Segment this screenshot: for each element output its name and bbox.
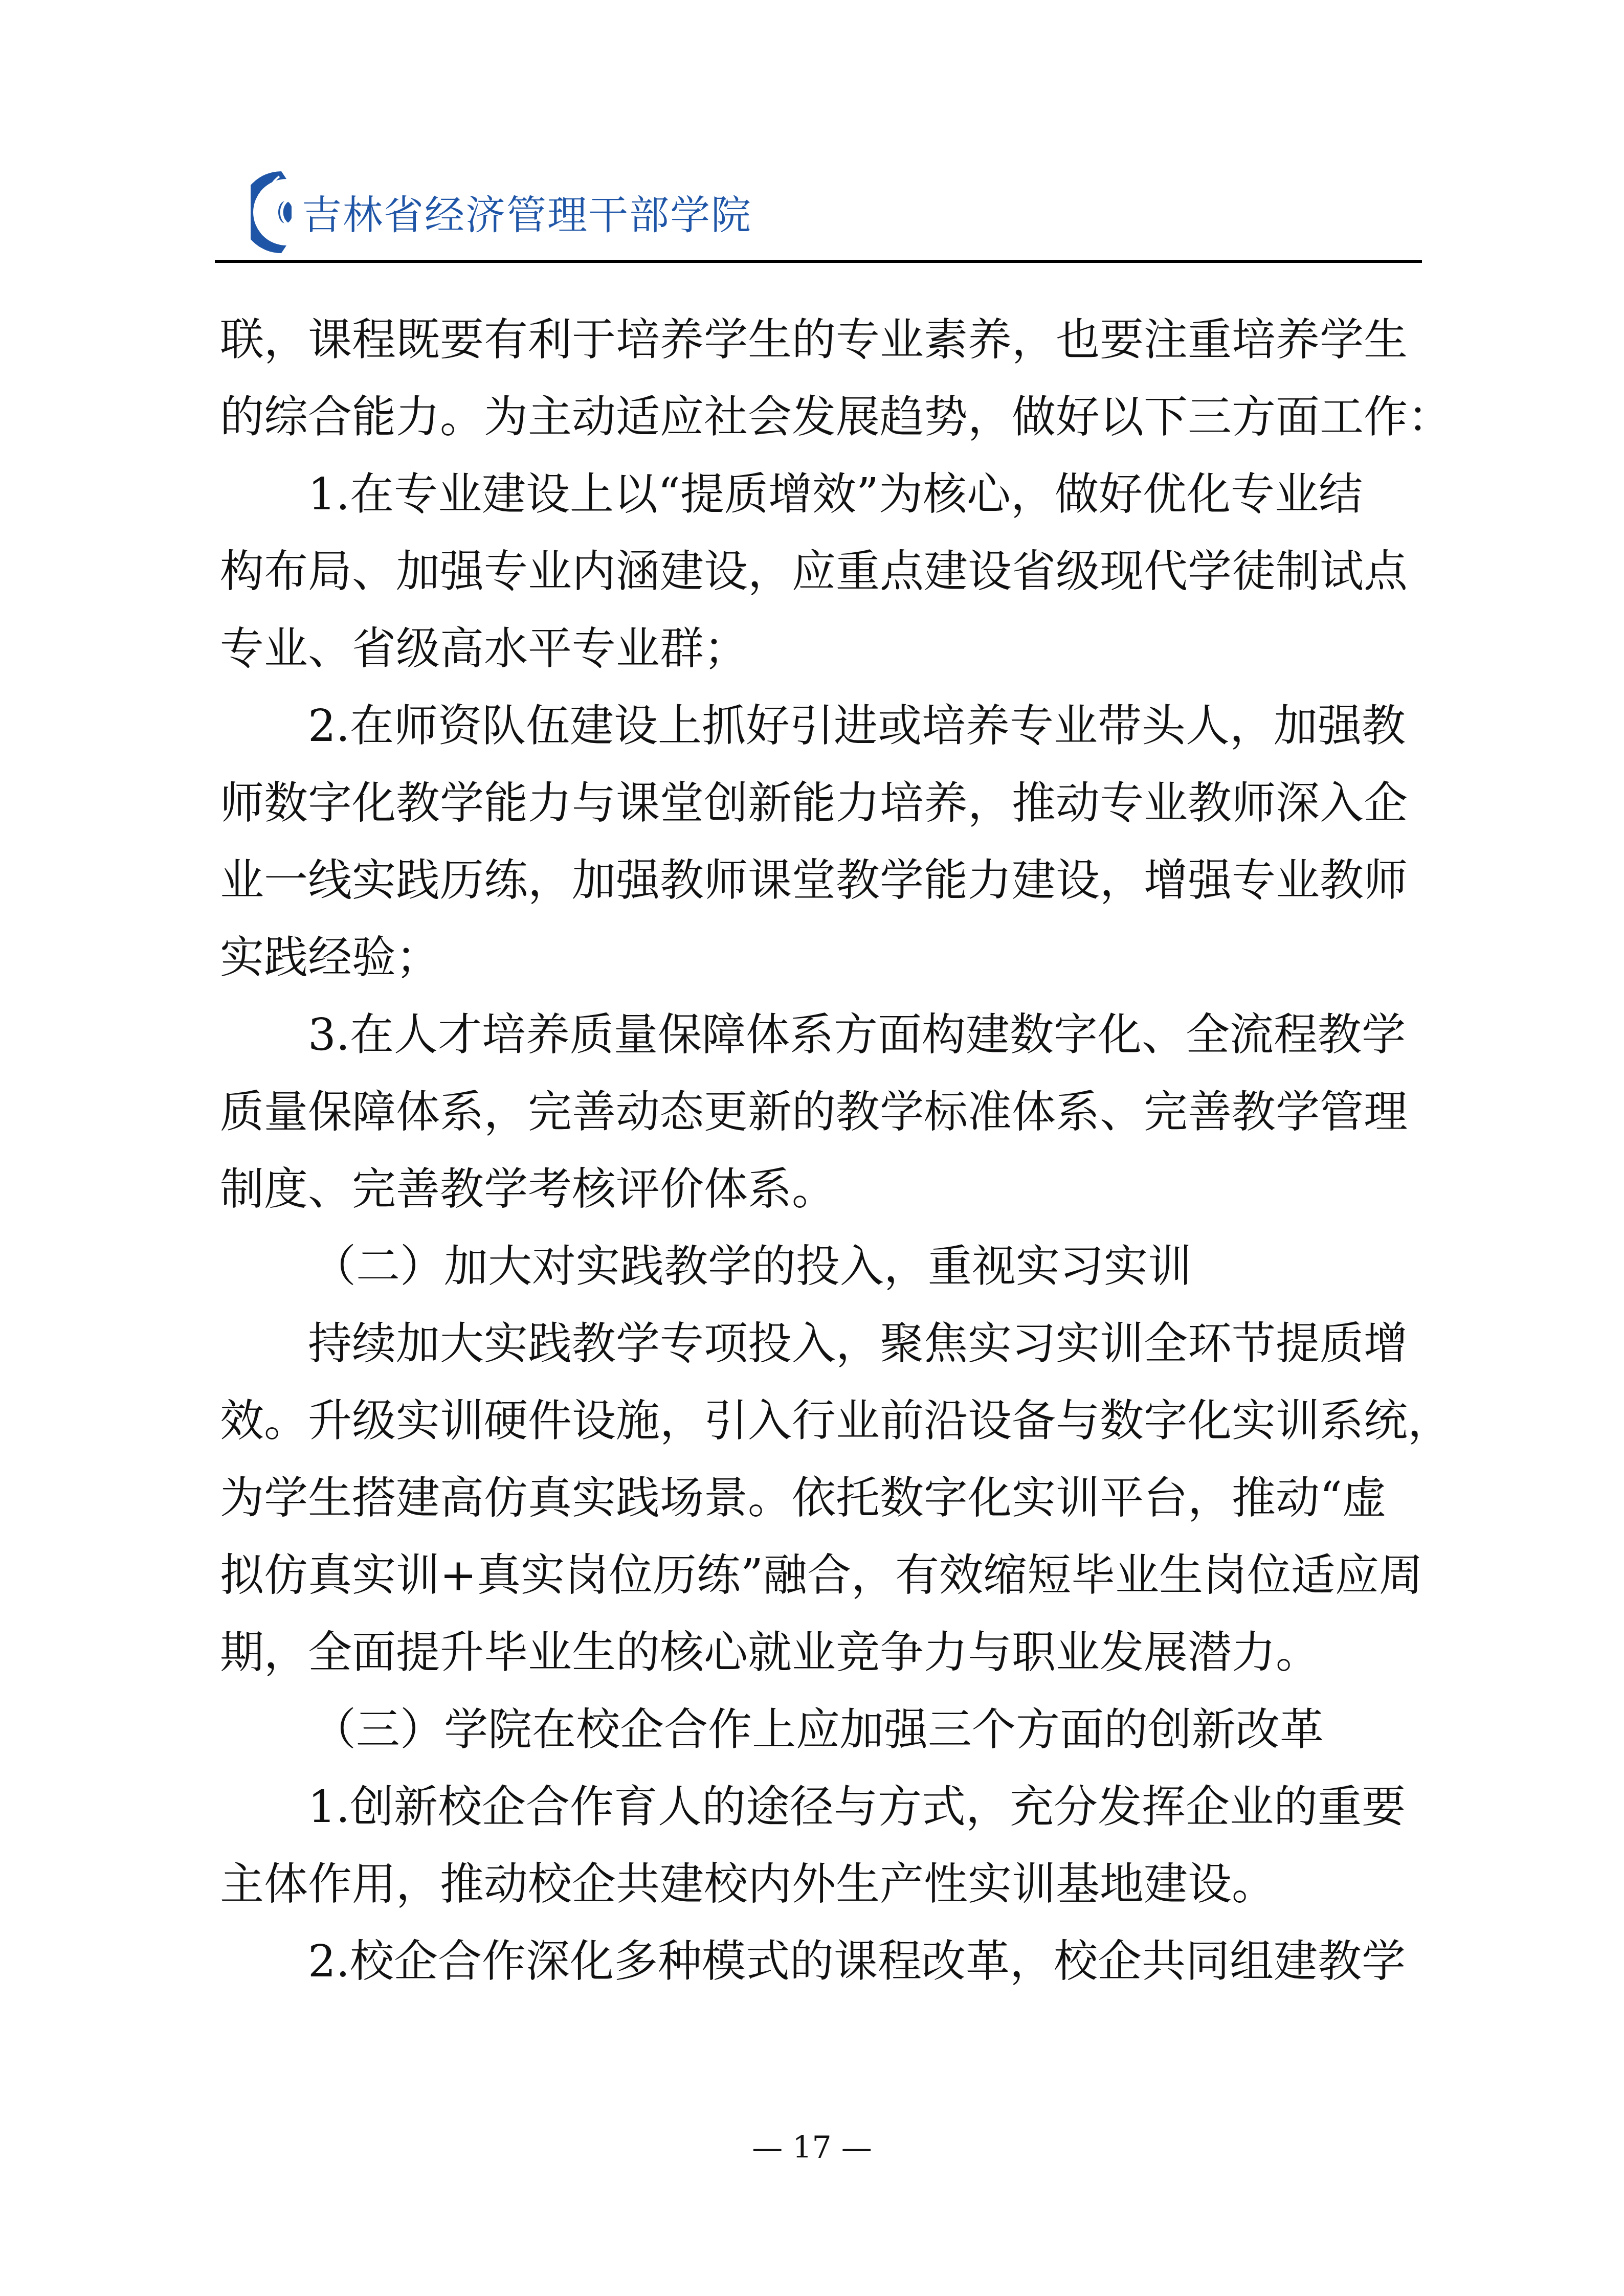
college-logo-icon	[251, 169, 292, 256]
text-line: 效。升级实训硬件设施，引入行业前沿设备与数字化实训系统，	[220, 1383, 1417, 1460]
text-line: 质量保障体系，完善动态更新的教学标准体系、完善教学管理	[220, 1074, 1417, 1151]
text-line: 主体作用，推动校企共建校内外生产性实训基地建设。	[220, 1846, 1417, 1923]
paragraph-start: 持续加大实践教学专项投入，聚焦实习实训全环节提质增	[220, 1305, 1417, 1383]
list-item: 2.在师资队伍建设上抓好引进或培养专业带头人，加强教	[220, 688, 1417, 765]
text-line: 师数字化教学能力与课堂创新能力培养，推动专业教师深入企	[220, 765, 1417, 842]
text-line: 期，全面提升毕业生的核心就业竞争力与职业发展潜力。	[220, 1614, 1417, 1692]
page-number: — 17 —	[0, 2130, 1624, 2166]
text-line: 拟仿真实训+真实岗位历练”融合，有效缩短毕业生岗位适应周	[220, 1537, 1417, 1614]
list-item: 2.校企合作深化多种模式的课程改革，校企共同组建教学	[220, 1923, 1417, 2000]
list-item: 1.创新校企合作育人的途径与方式，充分发挥企业的重要	[220, 1769, 1417, 1846]
text-line: 为学生搭建高仿真实践场景。依托数字化实训平台，推动“虚	[220, 1460, 1417, 1537]
list-item: 3.在人才培养质量保障体系方面构建数字化、全流程教学	[220, 997, 1417, 1074]
text-line: 构布局、加强专业内涵建设，应重点建设省级现代学徒制试点	[220, 533, 1417, 611]
list-item: 1.在专业建设上以“提质增效”为核心，做好优化专业结	[220, 456, 1417, 533]
text-line: 专业、省级高水平专业群；	[220, 611, 1417, 688]
document-body: 联，课程既要有利于培养学生的专业素养，也要注重培养学生 的综合能力。为主动适应社…	[220, 302, 1417, 2000]
text-line: 的综合能力。为主动适应社会发展趋势，做好以下三方面工作：	[220, 379, 1417, 456]
text-line: 联，课程既要有利于培养学生的专业素养，也要注重培养学生	[220, 302, 1417, 379]
page-header: 吉林省经济管理干部学院	[251, 169, 752, 256]
text-line: 制度、完善教学考核评价体系。	[220, 1151, 1417, 1228]
section-heading: （三）学院在校企合作上应加强三个方面的创新改革	[220, 1692, 1417, 1769]
text-line: 业一线实践历练，加强教师课堂教学能力建设，增强专业教师	[220, 842, 1417, 919]
section-heading: （二）加大对实践教学的投入，重视实习实训	[220, 1228, 1417, 1305]
institution-name: 吉林省经济管理干部学院	[302, 184, 752, 241]
header-divider	[215, 260, 1422, 263]
text-line: 实践经验；	[220, 919, 1417, 997]
